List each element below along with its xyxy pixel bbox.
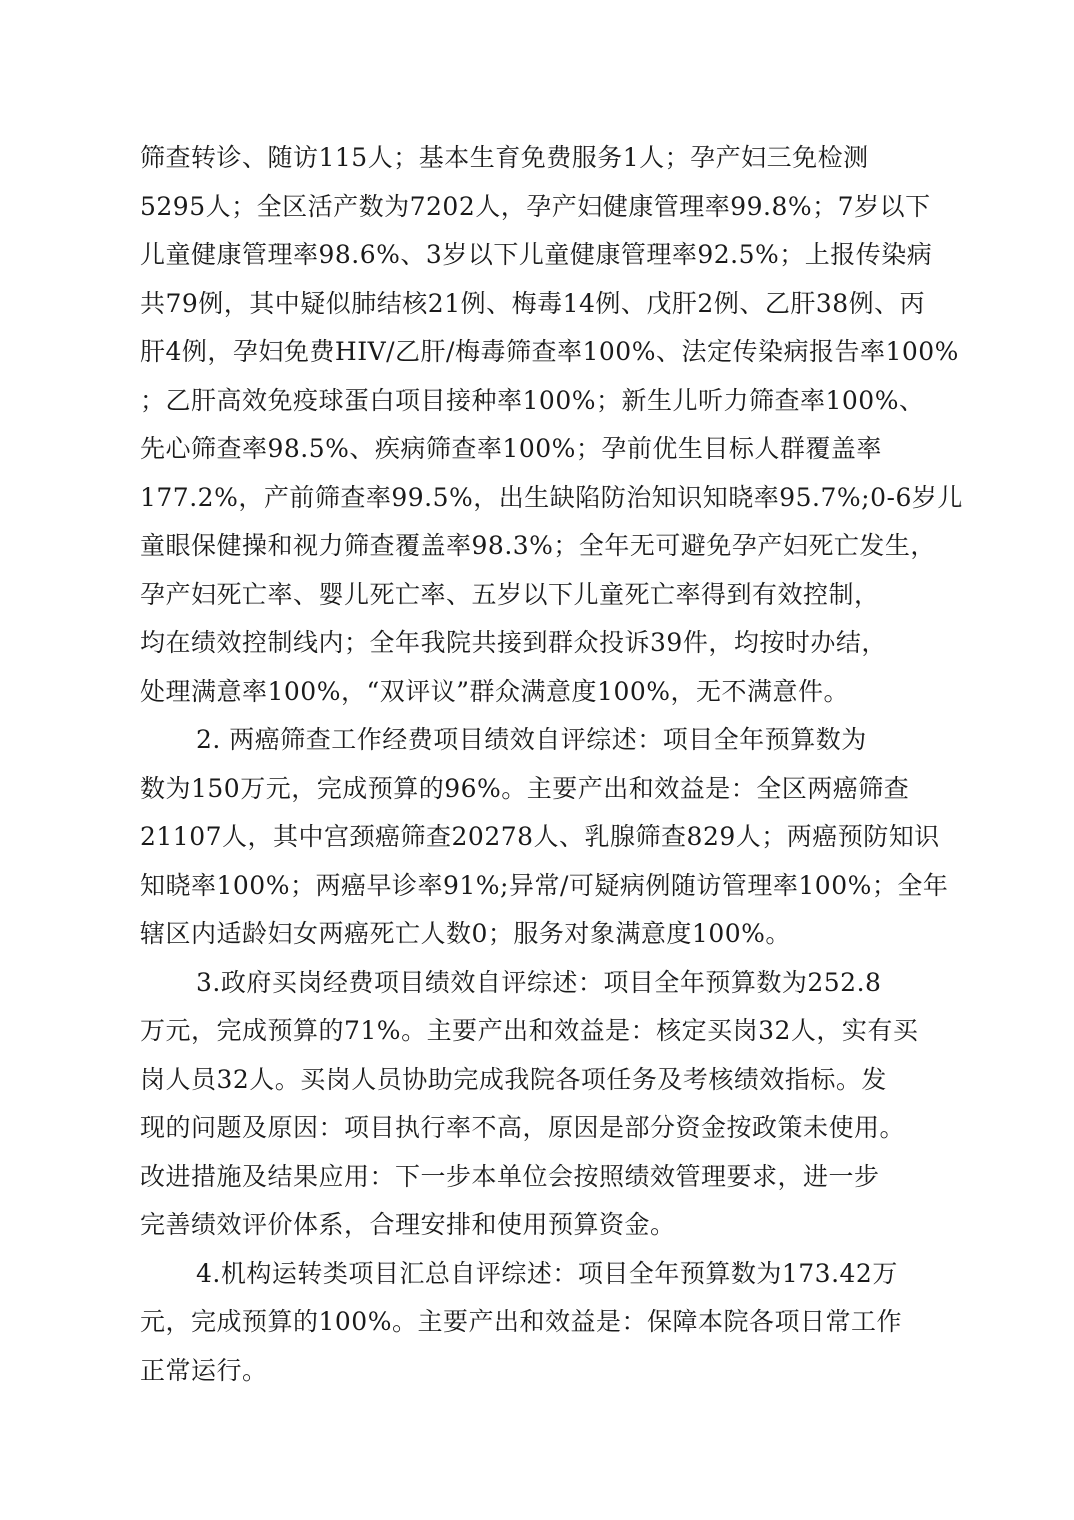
text-line: 现的问题及原因：项目执行率不高，原因是部分资金按政策未使用。 [140, 1104, 970, 1153]
text-line-first: 4.机构运转类项目汇总自评综述：项目全年预算数为173.42万 [140, 1250, 970, 1299]
text-line: 改进措施及结果应用：下一步本单位会按照绩效管理要求，进一步 [140, 1153, 970, 1202]
text-line: 辖区内适龄妇女两癌死亡人数0；服务对象满意度100%。 [140, 910, 970, 959]
text-line: 童眼保健操和视力筛查覆盖率98.3%；全年无可避免孕产妇死亡发生， [140, 522, 970, 571]
paragraph-institution-operation: 4.机构运转类项目汇总自评综述：项目全年预算数为173.42万 元，完成预算的1… [140, 1250, 970, 1396]
text-line: 177.2%，产前筛查率99.5%，出生缺陷防治知识知晓率95.7%;0-6岁儿 [140, 474, 970, 523]
text-line: 处理满意率100%，“双评议”群众满意度100%，无不满意件。 [140, 668, 970, 717]
text-line-first: 3.政府买岗经费项目绩效自评综述：项目全年预算数为252.8 [140, 959, 970, 1008]
text-line: 数为150万元，完成预算的96%。主要产出和效益是：全区两癌筛查 [140, 765, 970, 814]
paragraph-health-indicators: 筛查转诊、随访115人；基本生育免费服务1人；孕产妇三免检测 5295人；全区活… [140, 134, 970, 716]
text-line: 均在绩效控制线内；全年我院共接到群众投诉39件，均按时办结， [140, 619, 970, 668]
text-line: 肝4例，孕妇免费HIV/乙肝/梅毒筛查率100%、法定传染病报告率100% [140, 328, 970, 377]
document-body: 筛查转诊、随访115人；基本生育免费服务1人；孕产妇三免检测 5295人；全区活… [140, 134, 970, 1395]
text-line: 万元，完成预算的71%。主要产出和效益是：核定买岗32人，实有买 [140, 1007, 970, 1056]
text-line: 元，完成预算的100%。主要产出和效益是：保障本院各项日常工作 [140, 1298, 970, 1347]
text-line: 筛查转诊、随访115人；基本生育免费服务1人；孕产妇三免检测 [140, 134, 970, 183]
text-line: 共79例，其中疑似肺结核21例、梅毒14例、戊肝2例、乙肝38例、丙 [140, 280, 970, 329]
text-line: 知晓率100%；两癌早诊率91%;异常/可疑病例随访管理率100%；全年 [140, 862, 970, 911]
text-line: 21107人，其中宫颈癌筛查20278人、乳腺筛查829人；两癌预防知识 [140, 813, 970, 862]
text-line: 儿童健康管理率98.6%、3岁以下儿童健康管理率92.5%；上报传染病 [140, 231, 970, 280]
text-line: 岗人员32人。买岗人员协助完成我院各项任务及考核绩效指标。发 [140, 1056, 970, 1105]
paragraph-two-cancer-screening: 2. 两癌筛查工作经费项目绩效自评综述：项目全年预算数为 数为150万元，完成预… [140, 716, 970, 959]
paragraph-government-purchased-positions: 3.政府买岗经费项目绩效自评综述：项目全年预算数为252.8 万元，完成预算的7… [140, 959, 970, 1250]
text-line-first: 2. 两癌筛查工作经费项目绩效自评综述：项目全年预算数为 [140, 716, 970, 765]
text-line: 完善绩效评价体系，合理安排和使用预算资金。 [140, 1201, 970, 1250]
text-line: ；乙肝高效免疫球蛋白项目接种率100%；新生儿听力筛查率100%、 [140, 377, 970, 426]
document-page: 筛查转诊、随访115人；基本生育免费服务1人；孕产妇三免检测 5295人；全区活… [0, 0, 1074, 1520]
text-line: 正常运行。 [140, 1347, 970, 1396]
text-line: 先心筛查率98.5%、疾病筛查率100%；孕前优生目标人群覆盖率 [140, 425, 970, 474]
text-line: 孕产妇死亡率、婴儿死亡率、五岁以下儿童死亡率得到有效控制， [140, 571, 970, 620]
text-line: 5295人；全区活产数为7202人，孕产妇健康管理率99.8%；7岁以下 [140, 183, 970, 232]
